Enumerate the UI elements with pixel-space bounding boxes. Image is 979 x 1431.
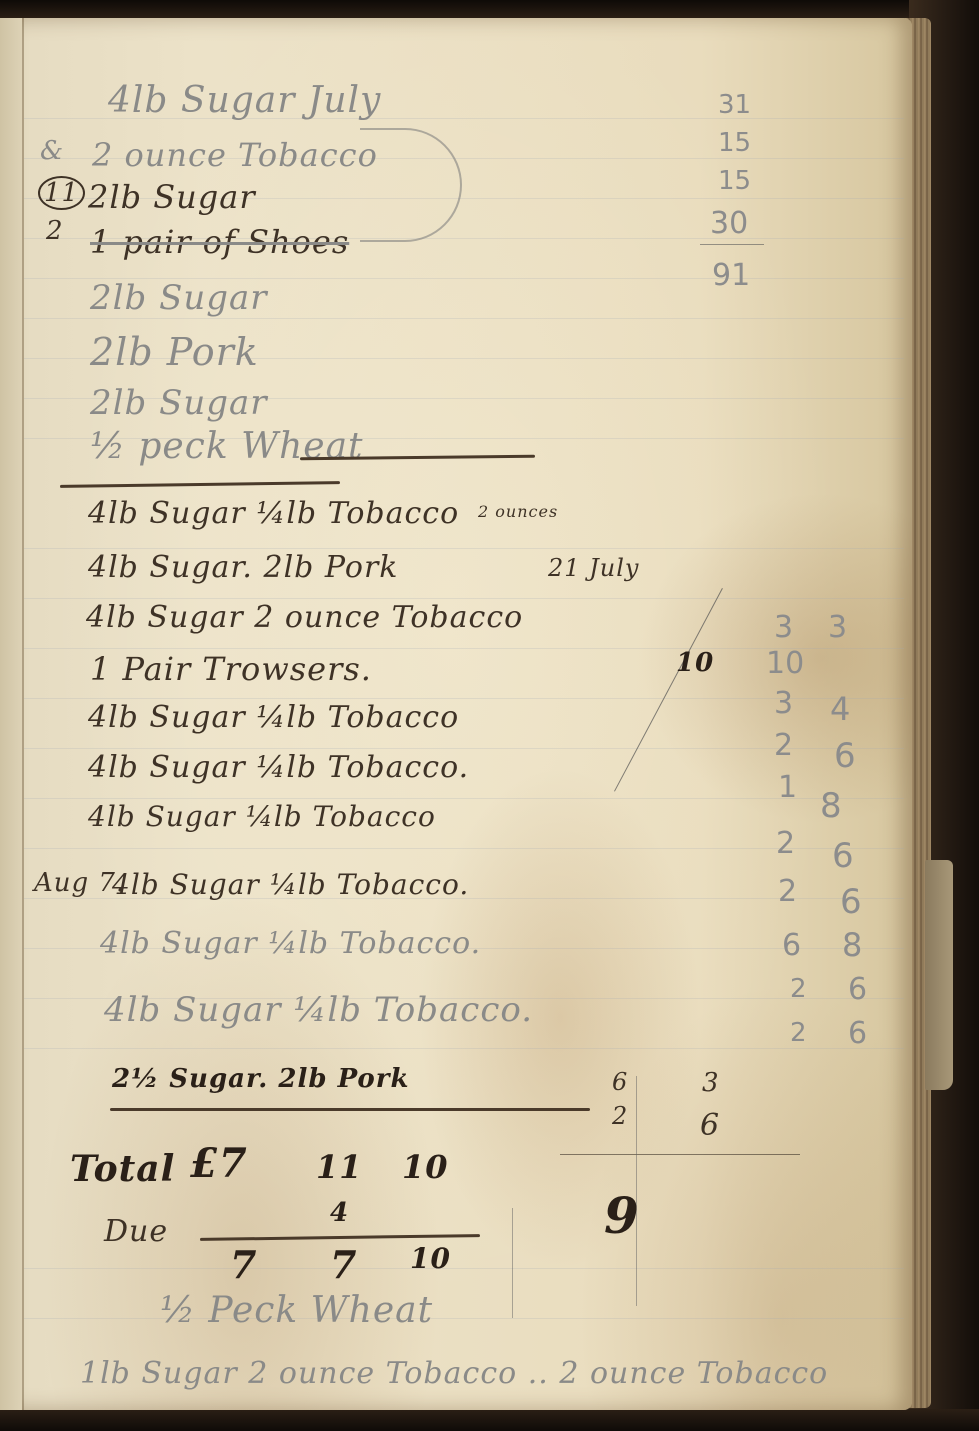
ledger-entry: 2½ Sugar. 2lb Pork: [112, 1064, 410, 1094]
tally-value: 15: [718, 128, 751, 158]
book-cover-top: [0, 0, 979, 18]
ledger-entry: 4lb Sugar ¼lb Tobacco.: [104, 990, 533, 1030]
ledger-entry: 1lb Sugar 2 ounce Tobacco .. 2 ounce Tob…: [80, 1356, 828, 1391]
total-shillings: 11: [316, 1148, 363, 1186]
shillings-value: 3: [774, 686, 793, 721]
shillings-value: 3: [774, 610, 793, 645]
ruled-line: [24, 548, 904, 549]
pence-value: 3: [828, 610, 847, 645]
side-calc-line: [560, 1154, 800, 1155]
ruled-line: [24, 1048, 904, 1049]
diagonal-pencil-stroke: [614, 588, 723, 792]
pence-value: 6: [832, 836, 854, 876]
ruled-line: [24, 318, 904, 319]
binding-gutter: [22, 18, 24, 1410]
pence-value: 6: [834, 736, 856, 776]
ledger-entry: ½ Peck Wheat: [160, 1290, 433, 1331]
deduction-shillings: 4: [330, 1198, 349, 1228]
tally-value: 15: [718, 166, 751, 196]
margin-mark-2: 2: [46, 216, 64, 246]
ledger-entry: 4lb Sugar ¼lb Tobacco: [88, 496, 459, 531]
shillings-value: 6: [782, 928, 801, 963]
due-line: [200, 1234, 480, 1241]
side-calc-value: 2: [612, 1102, 628, 1130]
entry-note: 2 ounces: [478, 502, 558, 521]
pencil-bracket: [360, 128, 462, 242]
shillings-value: 10: [766, 646, 804, 681]
total-underline: [110, 1108, 590, 1111]
ruled-line: [24, 1318, 904, 1319]
tally-total: 91: [712, 258, 750, 293]
ledger-entry: 2lb Sugar: [90, 383, 268, 423]
ruled-line: [24, 598, 904, 599]
total-label: Total: [70, 1148, 175, 1190]
ledger-entry: 4lb Sugar. 2lb Pork: [88, 550, 398, 585]
side-calc-value: 3: [702, 1068, 720, 1098]
tally-value: 30: [710, 206, 748, 241]
side-calc-result: 9: [604, 1186, 640, 1245]
due-pounds: 7: [230, 1242, 257, 1287]
pencil-vertical-line: [512, 1208, 513, 1318]
due-shillings: 7: [330, 1242, 357, 1287]
pence-value: 4: [830, 690, 850, 728]
tally-value: 31: [718, 90, 751, 120]
shillings-value: 2: [790, 1018, 807, 1048]
ledger-entry: 4lb Sugar ¼lb Tobacco.: [100, 926, 481, 961]
ink-figure: 10: [676, 648, 714, 678]
side-calc-value: 6: [700, 1108, 720, 1143]
torn-page-edge: [925, 860, 953, 1090]
pence-value: 6: [848, 1016, 867, 1051]
pence-value: 6: [848, 972, 867, 1007]
shillings-value: 2: [776, 826, 795, 861]
ledger-entry: 4lb Sugar ¼lb Tobacco.: [112, 868, 469, 901]
ruled-line: [24, 848, 904, 849]
ledger-entry: 2lb Sugar: [88, 178, 256, 216]
book-cover-bottom: [0, 1409, 979, 1431]
ledger-page: & 11 2 4lb Sugar July 2 ounce Tobacco 2l…: [0, 18, 912, 1410]
pence-value: 8: [820, 786, 842, 826]
ruled-line: [24, 748, 904, 749]
due-pence: 10: [410, 1242, 451, 1275]
tally-sum-line: [700, 244, 764, 245]
ledger-entry: 1 Pair Trowsers.: [90, 650, 372, 688]
margin-mark-ampersand: &: [40, 136, 64, 166]
ledger-entry: 4lb Sugar July: [108, 80, 381, 121]
shillings-value: 2: [790, 974, 807, 1004]
ruled-line: [24, 798, 904, 799]
due-label: Due: [104, 1214, 168, 1249]
ruled-line: [24, 1268, 904, 1269]
ledger-entry: 4lb Sugar ¼lb Tobacco: [88, 700, 459, 735]
shillings-value: 1: [778, 770, 797, 805]
ruled-line: [24, 698, 904, 699]
ledger-entry: 4lb Sugar 2 ounce Tobacco: [86, 600, 523, 635]
ledger-entry: ½ peck Wheat: [90, 426, 364, 467]
shillings-value: 2: [778, 874, 797, 909]
ledger-entry-struck: 1 pair of Shoes: [90, 223, 349, 261]
pence-value: 6: [840, 882, 862, 922]
ledger-entry: 2lb Pork: [90, 330, 259, 374]
ledger-entry: 4lb Sugar ¼lb Tobacco.: [88, 750, 469, 785]
section-divider-line: [60, 481, 340, 488]
date-note: 21 July: [548, 554, 639, 582]
ledger-entry: 4lb Sugar ¼lb Tobacco: [88, 800, 436, 833]
total-pounds: £7: [190, 1140, 248, 1187]
side-calc-value: 6: [612, 1068, 628, 1096]
ledger-entry: 2 ounce Tobacco: [92, 136, 378, 174]
pence-value: 8: [842, 926, 862, 964]
margin-mark-circled-11: 11: [38, 176, 85, 210]
ledger-entry: 2lb Sugar: [90, 278, 268, 318]
total-pence: 10: [402, 1148, 449, 1186]
shillings-value: 2: [774, 728, 793, 763]
facing-page-edge: [0, 18, 22, 1410]
